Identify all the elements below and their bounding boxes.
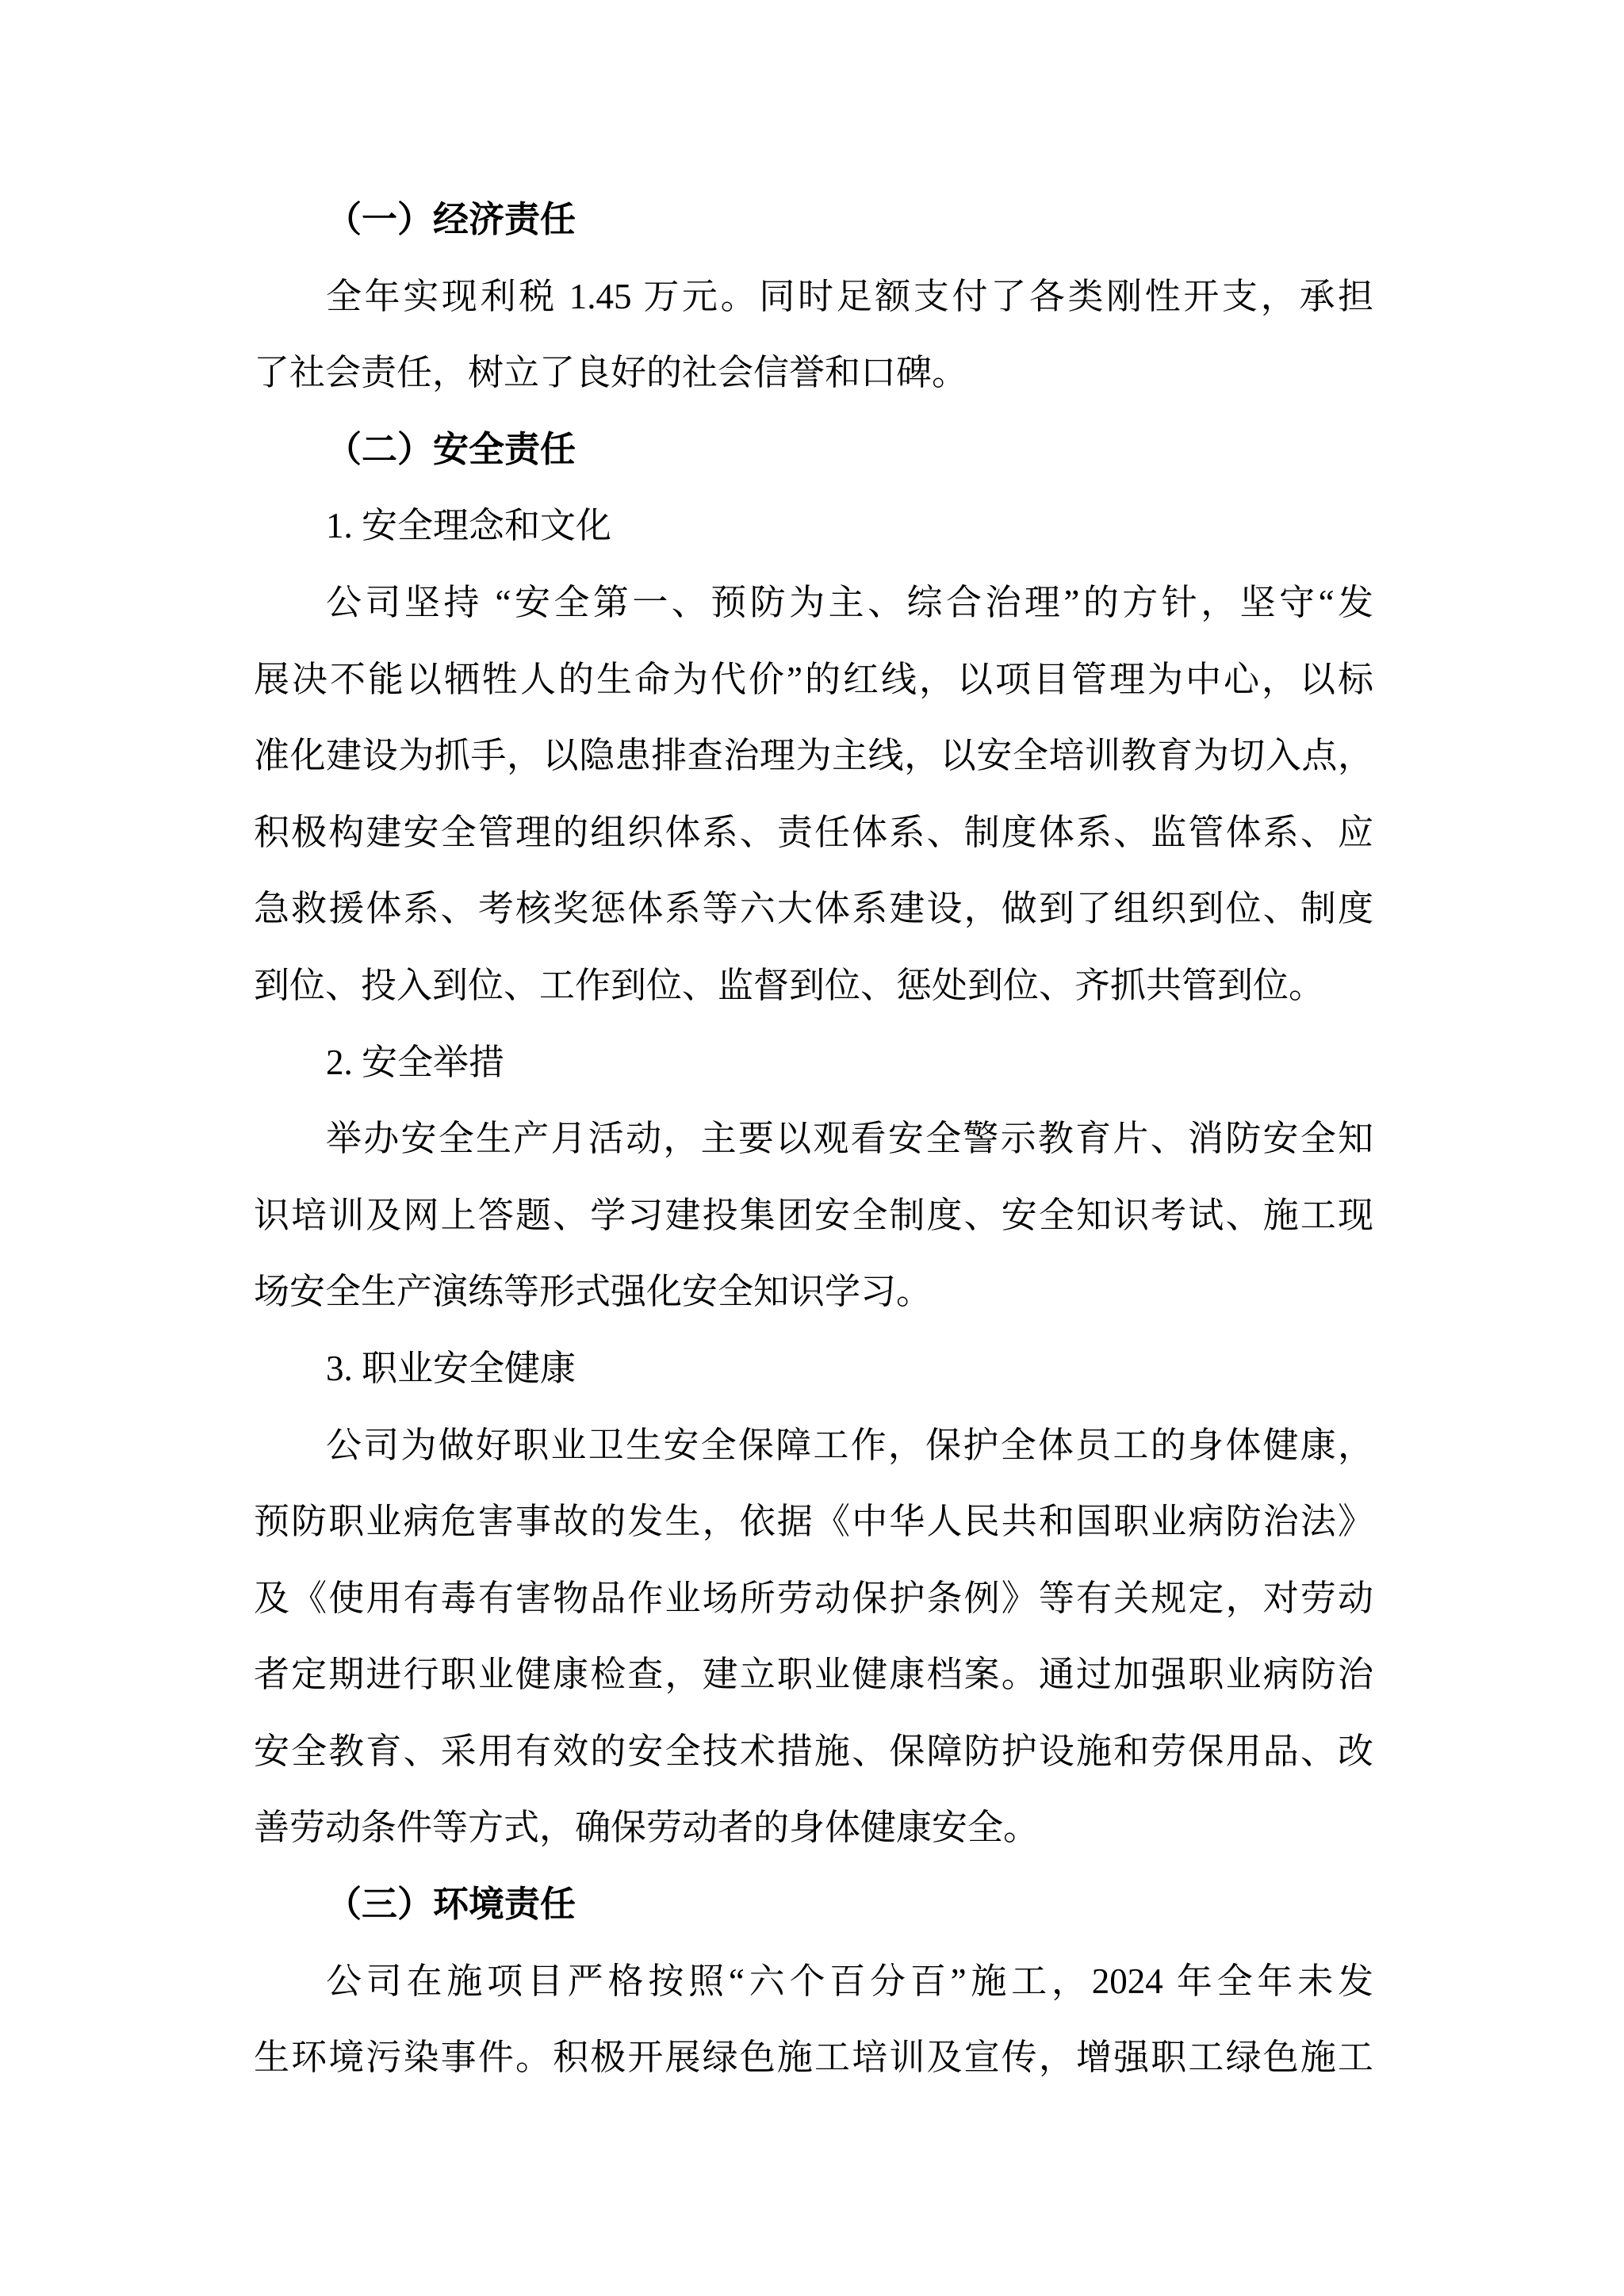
section-heading: （三）环境责任 [254, 1866, 1373, 1943]
paragraph-line: 了社会责任，树立了良好的社会信誉和口碑。 [254, 335, 1373, 411]
paragraph-line: 识培训及网上答题、学习建投集团安全制度、安全知识考试、施工现 [254, 1177, 1373, 1254]
sub-heading: 2. 安全举措 [254, 1024, 1373, 1101]
paragraph-line: 展决不能以牺牲人的生命为代价”的红线，以项目管理为中心，以标 [254, 641, 1373, 718]
paragraph-line: 善劳动条件等方式，确保劳动者的身体健康安全。 [254, 1789, 1373, 1866]
paragraph-line: 及《使用有毒有害物品作业场所劳动保护条例》等有关规定，对劳动 [254, 1560, 1373, 1637]
paragraph-line: 准化建设为抓手，以隐患排查治理为主线，以安全培训教育为切入点， [254, 717, 1373, 794]
paragraph-line: 者定期进行职业健康检查，建立职业健康档案。通过加强职业病防治 [254, 1636, 1373, 1713]
paragraph-line: 公司坚持 “安全第一、预防为主、综合治理”的方针，坚守“发 [254, 564, 1373, 641]
paragraph-line: 全年实现利税 1.45 万元。同时足额支付了各类刚性开支，承担 [254, 258, 1373, 335]
paragraph-line: 生环境污染事件。积极开展绿色施工培训及宣传，增强职工绿色施工 [254, 2019, 1373, 2096]
paragraph-line: 公司为做好职业卫生安全保障工作，保护全体员工的身体健康， [254, 1407, 1373, 1484]
paragraph-line: 公司在施项目严格按照“六个百分百”施工，2024 年全年未发 [254, 1943, 1373, 2020]
paragraph-line: 到位、投入到位、工作到位、监督到位、惩处到位、齐抓共管到位。 [254, 947, 1373, 1024]
document-page: （一）经济责任全年实现利税 1.45 万元。同时足额支付了各类刚性开支，承担了社… [0, 0, 1624, 2296]
document-body: （一）经济责任全年实现利税 1.45 万元。同时足额支付了各类刚性开支，承担了社… [254, 182, 1373, 2096]
paragraph-line: 积极构建安全管理的组织体系、责任体系、制度体系、监管体系、应 [254, 794, 1373, 871]
paragraph-line: 预防职业病危害事故的发生，依据《中华人民共和国职业病防治法》 [254, 1483, 1373, 1560]
paragraph-line: 举办安全生产月活动，主要以观看安全警示教育片、消防安全知 [254, 1100, 1373, 1177]
paragraph-line: 场安全生产演练等形式强化安全知识学习。 [254, 1253, 1373, 1330]
paragraph-line: 急救援体系、考核奖惩体系等六大体系建设，做到了组织到位、制度 [254, 871, 1373, 947]
section-heading: （二）安全责任 [254, 411, 1373, 488]
section-heading: （一）经济责任 [254, 182, 1373, 258]
sub-heading: 1. 安全理念和文化 [254, 488, 1373, 564]
paragraph-line: 安全教育、采用有效的安全技术措施、保障防护设施和劳保用品、改 [254, 1713, 1373, 1790]
sub-heading: 3. 职业安全健康 [254, 1330, 1373, 1407]
